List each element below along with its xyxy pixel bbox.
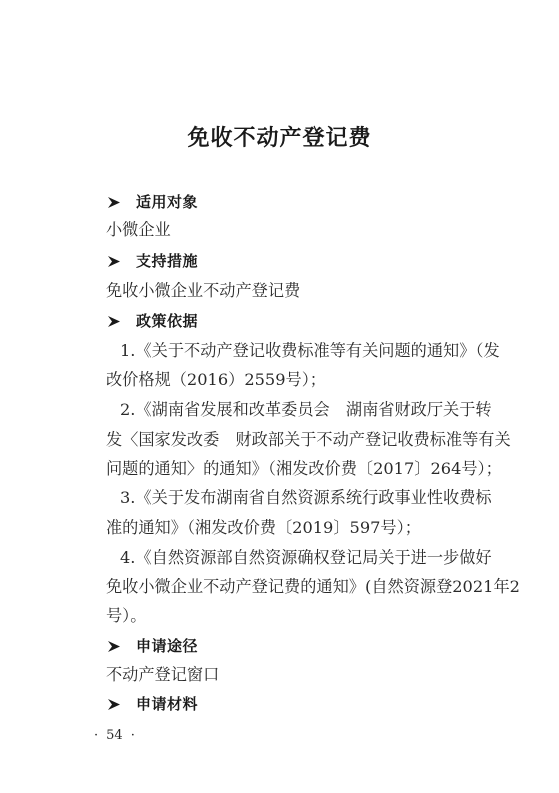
footer-separator: · bbox=[131, 728, 135, 743]
arrowhead-bullet-icon bbox=[108, 315, 120, 326]
arrowhead-bullet-icon bbox=[108, 255, 120, 266]
policy-item-line: 4.《自然资源部自然资源确权登记局关于进一步做好 bbox=[120, 548, 484, 568]
footer-separator: · bbox=[94, 728, 98, 743]
section-heading-application-channel: 申请途径 bbox=[108, 636, 198, 656]
policy-item-line: 2.《湖南省发展和改革委员会 湖南省财政厅关于转 bbox=[120, 400, 484, 420]
policy-item-line: 问题的通知〉的通知》（湘发改价费〔2017〕264号）； bbox=[106, 459, 486, 479]
policy-item-line: 3.《关于发布湖南省自然资源系统行政事业性收费标 bbox=[120, 488, 484, 508]
section-heading-policy-basis: 政策依据 bbox=[108, 311, 198, 331]
section-body-text: 免收小微企业不动产登记费 bbox=[106, 281, 486, 301]
policy-item-line: 准的通知》（湘发改价费〔2019〕597号）； bbox=[106, 518, 486, 538]
arrowhead-bullet-icon bbox=[108, 698, 120, 709]
section-heading-application-materials: 申请材料 bbox=[108, 694, 198, 714]
section-heading-support-measures: 支持措施 bbox=[108, 251, 198, 271]
page-number: 54 bbox=[106, 728, 123, 743]
policy-item-line: 1.《关于不动产登记收费标准等有关问题的通知》（发 bbox=[120, 341, 484, 361]
policy-item-line: 号）。 bbox=[106, 606, 486, 626]
document-page: 免收不动产登记费 适用对象 小微企业 支持措施 免收小微企业不动产登记费 政策依… bbox=[0, 0, 559, 793]
section-body-text: 不动产登记窗口 bbox=[106, 665, 486, 685]
policy-item-line: 发〈国家发改委 财政部关于不动产登记收费标准等有关 bbox=[106, 430, 484, 450]
arrowhead-bullet-icon bbox=[108, 196, 120, 207]
section-body-text: 小微企业 bbox=[106, 220, 486, 240]
arrowhead-bullet-icon bbox=[108, 640, 120, 651]
page-title: 免收不动产登记费 bbox=[0, 121, 559, 152]
policy-item-line: 改价格规（2016）2559号）； bbox=[106, 370, 486, 390]
section-heading-applicable-target: 适用对象 bbox=[108, 192, 198, 212]
page-number-footer: ·54· bbox=[86, 728, 143, 743]
policy-item-line: 免收小微企业不动产登记费的通知》(自然资源登2021年2 bbox=[106, 577, 484, 597]
